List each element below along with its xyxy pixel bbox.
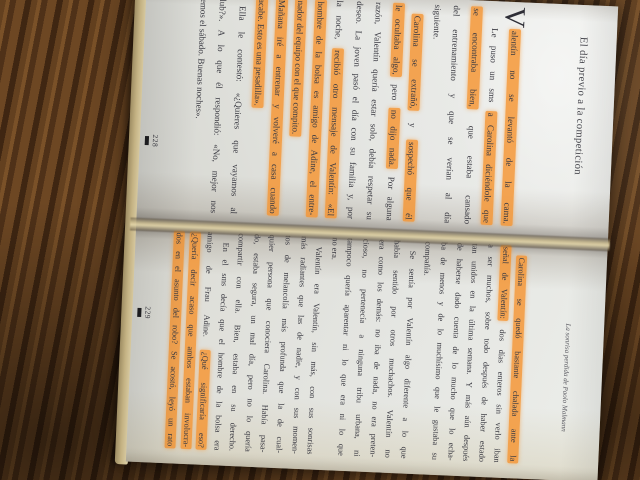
highlighted-text: señal de Valentín: — [498, 245, 512, 321]
highlighted-text: se encontraba bien, — [467, 6, 483, 109]
highlighted-text: ¿Qué significaría eso? — [196, 350, 211, 450]
text-segment: y — [408, 110, 419, 140]
right-page-content: La sonrisa perdida de Paolo Malmann Caro… — [126, 224, 608, 480]
highlighted-text: Carolina se extrañó, — [408, 14, 424, 111]
text-segment: compañía. — [423, 241, 433, 276]
left-page: El día previo a la competición V alentín… — [136, 0, 618, 244]
text-segment: Por alguna — [385, 169, 397, 221]
highlighted-text: acabe. Esto es una pesadilla». — [252, 0, 269, 108]
photo-scene: El día previo a la competición V alentín… — [0, 0, 640, 480]
text-segment: dos días enteros sin verlo iban — [493, 321, 508, 463]
text-segment: amigo de Frau Adine. — [201, 232, 215, 350]
open-book: El día previo a la competición V alentín… — [126, 0, 618, 480]
chapter-title: El día previo a la competición — [571, 17, 590, 195]
text-segment: vemos el sábado. Buenas noches». — [194, 0, 209, 119]
text-lines: V alentín no se levantó de la cama.Le pu… — [184, 0, 525, 226]
text-segment: la noche, — [334, 0, 346, 48]
text-segment: no era. — [330, 237, 340, 260]
folio-bar — [137, 308, 141, 317]
page-number: 229 — [143, 306, 153, 319]
running-header: La sonrisa perdida de Paolo Malmann — [559, 299, 574, 455]
left-page-folio: 228 — [145, 134, 161, 147]
highlighted-text: le ocultaba algo, — [390, 3, 405, 77]
folio-bar — [145, 136, 149, 145]
text-lines: Carolina se quedó bastante chalada ante … — [162, 230, 530, 463]
highlighted-text: a Carolina diciéndole que — [481, 111, 498, 226]
text-segment: pero — [390, 77, 401, 109]
right-page: La sonrisa perdida de Paolo Malmann Caro… — [126, 224, 608, 480]
left-page-content: El día previo a la competición V alentín… — [136, 0, 618, 244]
highlighted-text: no dijo nada. — [386, 108, 401, 170]
highlighted-text: sospechó que él — [403, 140, 419, 222]
text-segment: Le puso un sms — [487, 28, 501, 111]
page-number: 228 — [151, 134, 161, 147]
highlighted-text: alentín no se levantó de la cama. — [500, 29, 521, 226]
right-page-folio: 229 — [137, 306, 153, 319]
text-segment: que estaba cansado — [463, 109, 478, 225]
highlighted-text: nador del equipo con el que compito. — [290, 0, 308, 137]
text-segment: siguiente. — [432, 4, 444, 39]
